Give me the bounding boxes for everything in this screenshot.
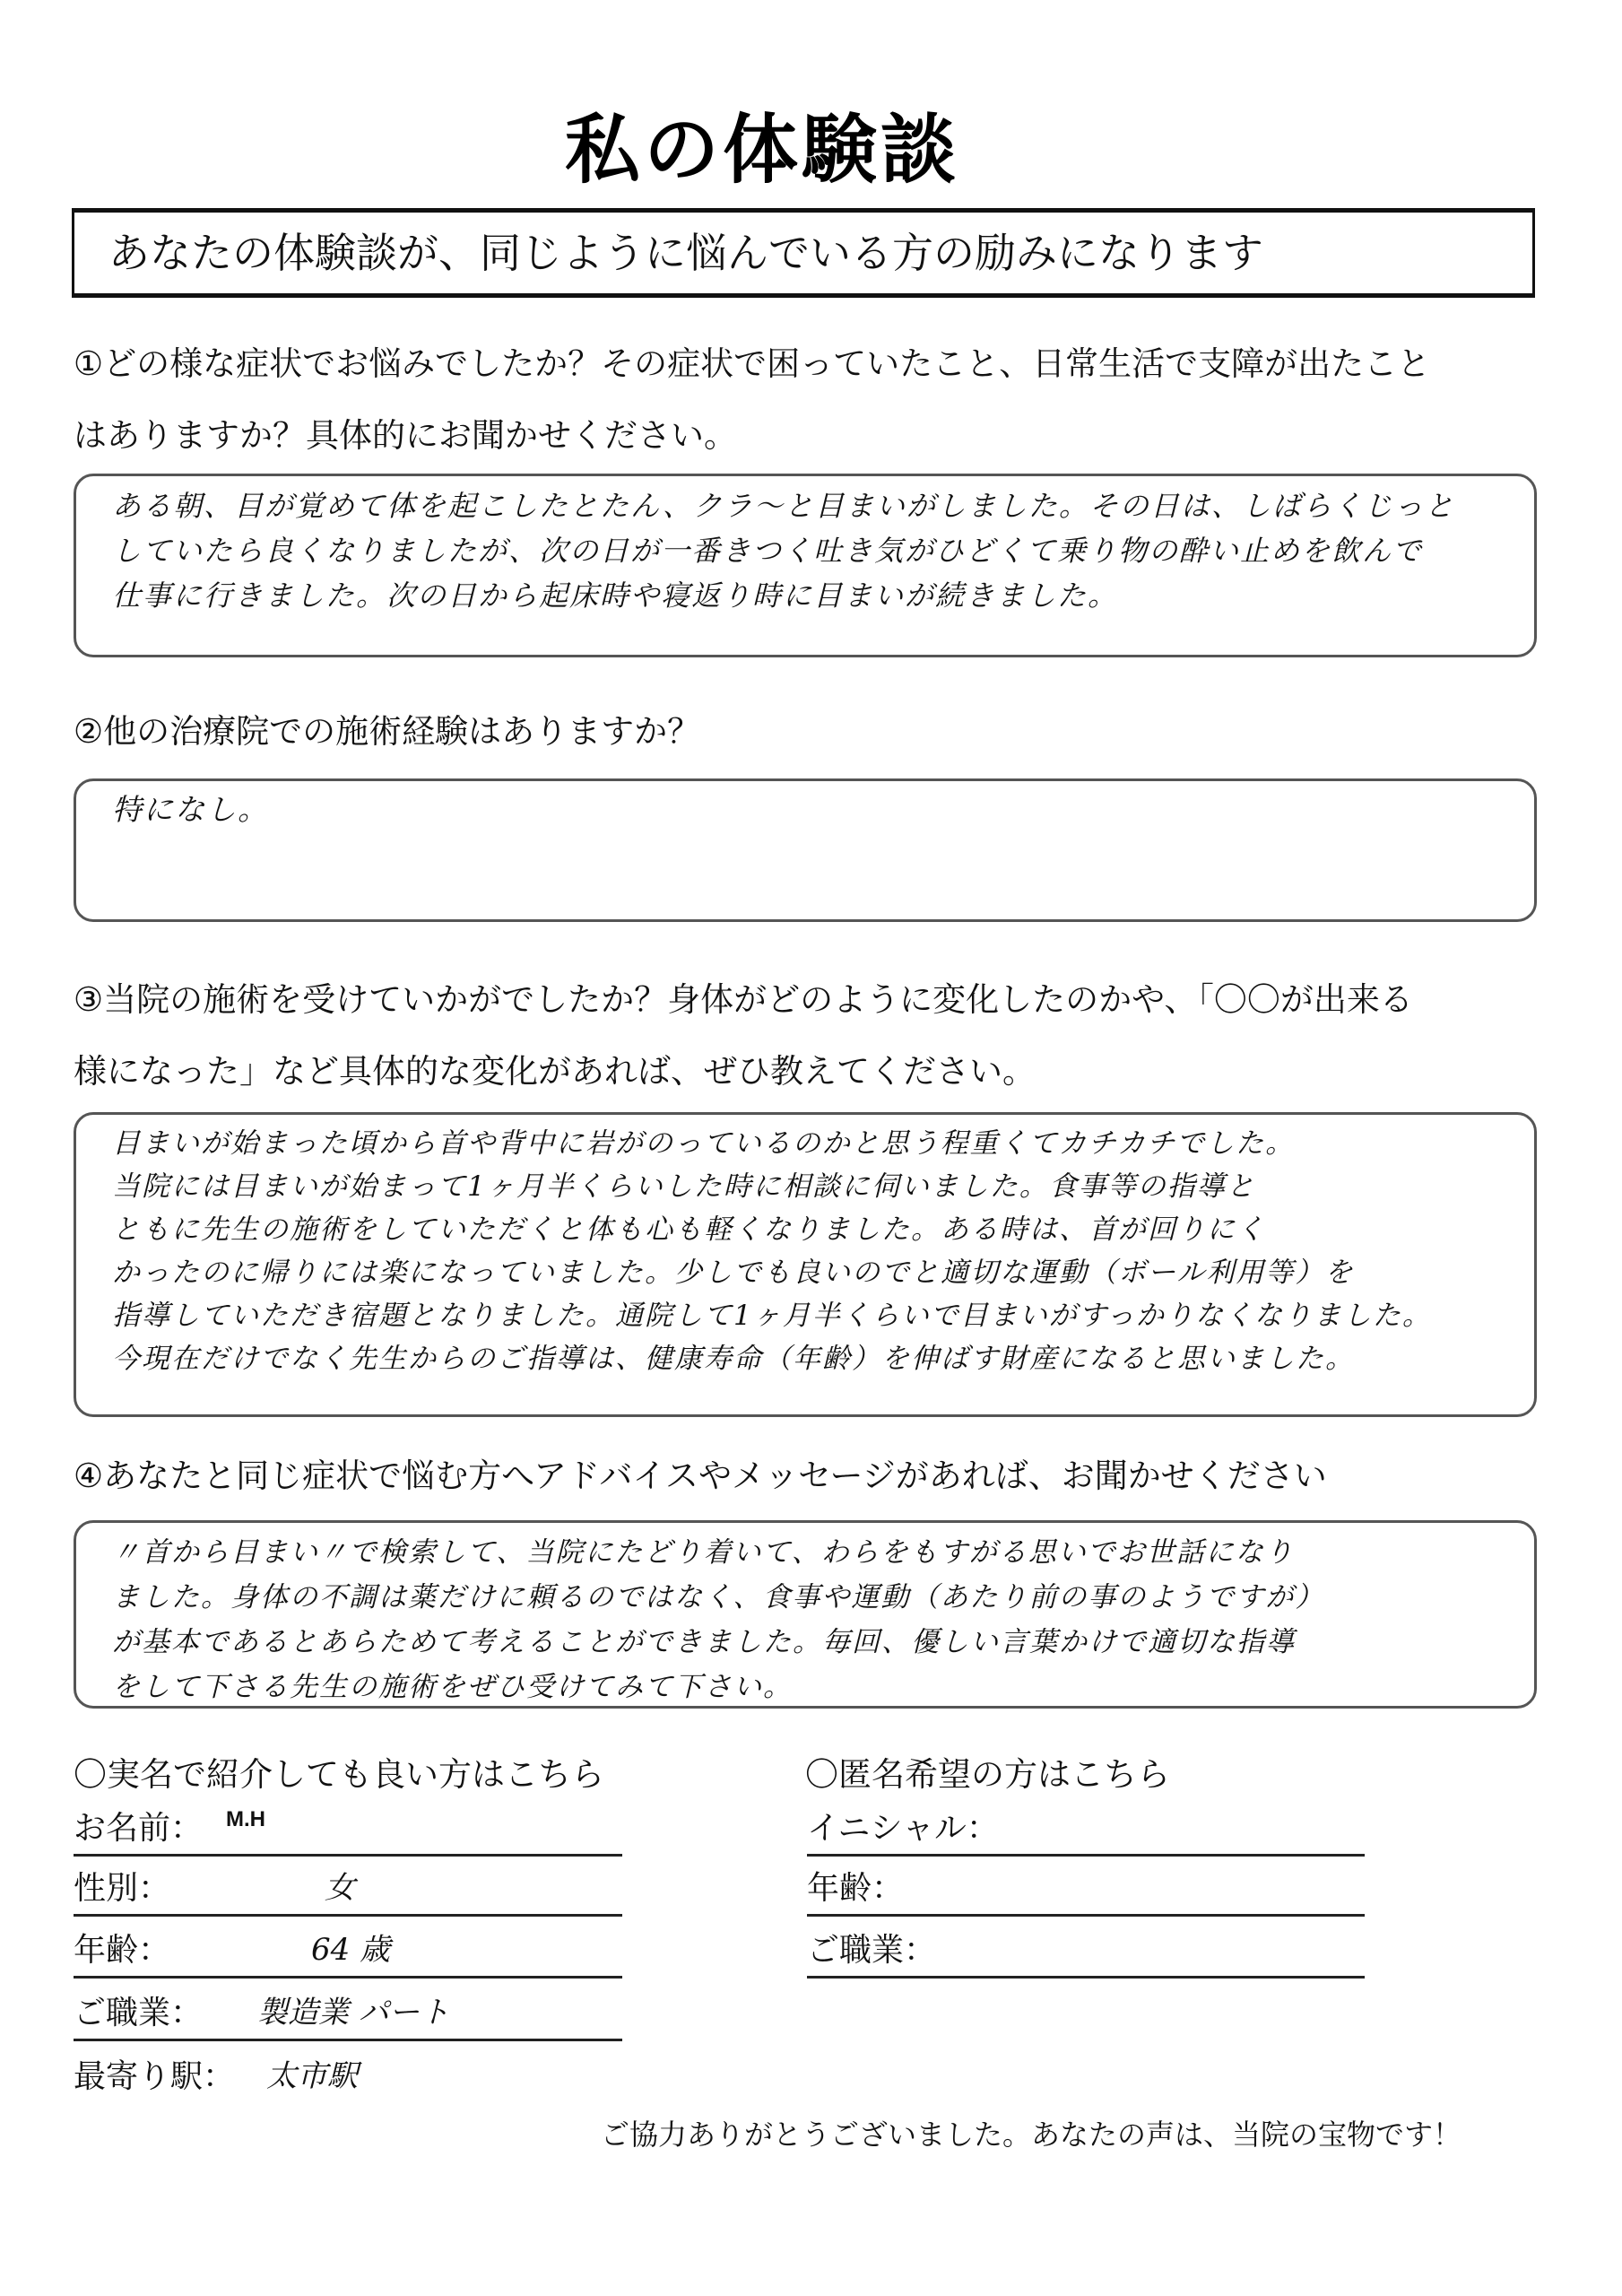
question-4-line-1: ④あなたと同じ症状で悩む方へアドバイスやメッセージがあれば、お聞かせください [74, 1440, 1544, 1512]
anonymous-section-heading: 〇匿名希望の方はこちら [805, 1747, 1170, 1796]
anonymous-field-occupation[interactable]: ご職業： [807, 1925, 1365, 1979]
nearest-station-label: 最寄り駅： [74, 2051, 235, 2097]
question-3: ③当院の施術を受けていかがでしたか？身体がどのように変化したのかや、「〇〇が出来… [74, 964, 1544, 1108]
answer-1-box[interactable]: ある朝、目が覚めて体を起こしたとたん、クラ〜と目まいがしました。その日は、しばら… [74, 474, 1537, 657]
question-2-line-1: ②他の治療院での施術経験はありますか？ [74, 696, 1544, 768]
anonymous-field-initials[interactable]: イニシャル： [807, 1803, 1365, 1857]
occupation-value: 製造業 パート [257, 1987, 450, 2031]
nearest-station-value: 太市駅 [266, 2051, 358, 2095]
occupation-label: ご職業： [74, 1987, 203, 2033]
answer-2-line-1: 特になし。 [112, 788, 1498, 831]
real-name-field-nearest-station[interactable]: 最寄り駅： 太市駅 [74, 2048, 622, 2102]
age-label: 年齢： [74, 1925, 170, 1970]
answer-4-line-1: 〃首から目まい〃で検索して、当院にたどり着いて、わらをもすがる思いでお世話になり [112, 1530, 1498, 1575]
question-1: ①どの様な症状でお悩みでしたか？その症状で困っていたこと、日常生活で支障が出たこ… [74, 328, 1544, 472]
gender-value: 女 [325, 1863, 355, 1907]
question-1-line-1: ①どの様な症状でお悩みでしたか？その症状で困っていたこと、日常生活で支障が出たこ… [74, 328, 1544, 400]
question-1-line-2: はありますか？具体的にお聞かせください。 [74, 400, 1544, 472]
answer-1-line-1: ある朝、目が覚めて体を起こしたとたん、クラ〜と目まいがしました。その日は、しばら… [112, 483, 1498, 528]
answer-4-line-4: をして下さる先生の施術をぜひ受けてみて下さい。 [112, 1665, 1498, 1709]
answer-1-line-3: 仕事に行きました。次の日から起床時や寝返り時に目まいが続きました。 [112, 573, 1498, 618]
thanks-note: ご協力ありがとうございました。あなたの声は、当院の宝物です！ [601, 2112, 1462, 2153]
page-title: 私の体験談 [0, 90, 1524, 198]
real-name-section-heading: 〇実名で紹介しても良い方はこちら [74, 1747, 604, 1796]
answer-3-line-4: かったのに帰りには楽になっていました。少しでも良いのでと適切な運動（ボール利用等… [112, 1251, 1498, 1294]
answer-2-box[interactable]: 特になし。 [74, 778, 1537, 922]
answer-3-line-6: 今現在だけでなく先生からのご指導は、健康寿命（年齢）を伸ばす財産になると思いまし… [112, 1337, 1498, 1380]
name-value: M.H [226, 1807, 265, 1832]
name-label: お名前： [74, 1803, 203, 1848]
real-name-field-age[interactable]: 年齢： 64 歳 [74, 1925, 622, 1979]
anonymous-field-age[interactable]: 年齢： [807, 1863, 1365, 1917]
answer-3-line-3: ともに先生の施術をしていただくと体も心も軽くなりました。ある時は、首が回りにく [112, 1208, 1498, 1251]
anonymous-age-label: 年齢： [807, 1863, 904, 1909]
question-3-line-1: ③当院の施術を受けていかがでしたか？身体がどのように変化したのかや、「〇〇が出来… [74, 964, 1544, 1036]
anonymous-occupation-label: ご職業： [807, 1925, 936, 1970]
answer-4-line-2: ました。身体の不調は薬だけに頼るのではなく、食事や運動（あたり前の事のようですが… [112, 1575, 1498, 1620]
question-4: ④あなたと同じ症状で悩む方へアドバイスやメッセージがあれば、お聞かせください [74, 1440, 1544, 1512]
answer-4-box[interactable]: 〃首から目まい〃で検索して、当院にたどり着いて、わらをもすがる思いでお世話になり… [74, 1520, 1537, 1709]
real-name-field-gender[interactable]: 性別： 女 [74, 1863, 622, 1917]
encouragement-banner: あなたの体験談が、同じように悩んでいる方の励みになります [72, 208, 1535, 298]
answer-1-line-2: していたら良くなりましたが、次の日が一番きつく吐き気がひどくて乗り物の酔い止めを… [112, 528, 1498, 573]
question-3-line-2: 様になった」など具体的な変化があれば、ぜひ教えてください。 [74, 1036, 1544, 1108]
initials-label: イニシャル： [807, 1803, 999, 1848]
answer-4-line-3: が基本であるとあらためて考えることができました。毎回、優しい言葉かけで適切な指導 [112, 1620, 1498, 1665]
question-2: ②他の治療院での施術経験はありますか？ [74, 696, 1544, 768]
age-value: 64 歳 [311, 1925, 390, 1969]
real-name-field-occupation[interactable]: ご職業： 製造業 パート [74, 1987, 622, 2041]
real-name-field-name[interactable]: お名前： M.H [74, 1803, 622, 1857]
answer-3-line-2: 当院には目まいが始まって1ヶ月半くらいした時に相談に伺いました。食事等の指導と [112, 1165, 1498, 1208]
gender-label: 性別： [74, 1863, 170, 1909]
answer-3-line-1: 目まいが始まった頃から首や背中に岩がのっているのかと思う程重くてカチカチでした。 [112, 1122, 1498, 1165]
answer-3-box[interactable]: 目まいが始まった頃から首や背中に岩がのっているのかと思う程重くてカチカチでした。… [74, 1112, 1537, 1417]
answer-3-line-5: 指導していただき宿題となりました。通院して1ヶ月半くらいで目まいがすっかりなくな… [112, 1294, 1498, 1337]
